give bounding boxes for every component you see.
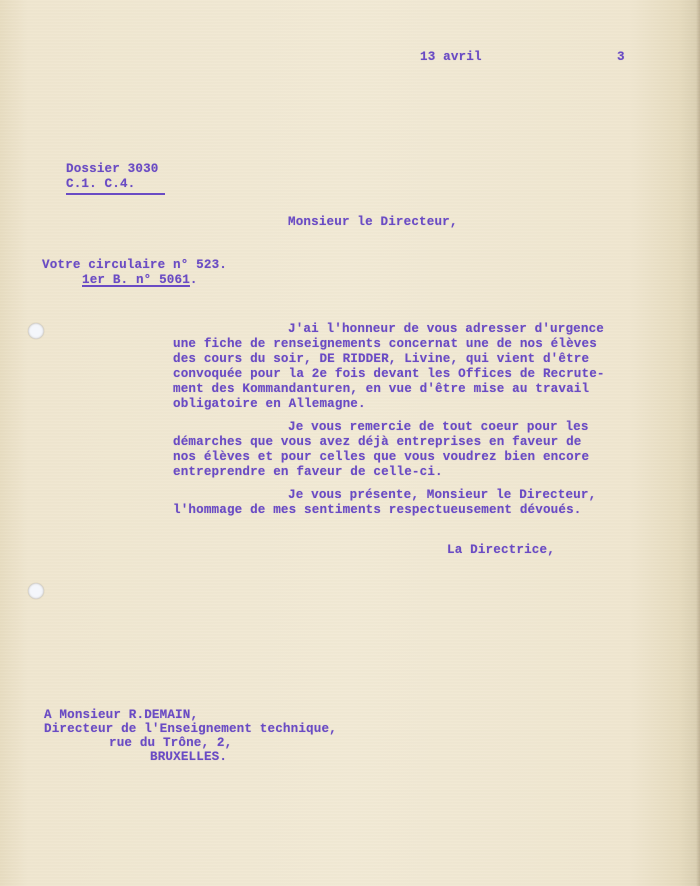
page-number: 3: [617, 50, 625, 65]
punch-hole-top: [28, 323, 44, 339]
recipient-title: Directeur de l'Enseignement technique,: [44, 722, 337, 737]
circular-number: 1er B. n° 5061: [82, 273, 190, 287]
body-line: ment des Kommandanturen, en vue d'être m…: [173, 382, 589, 397]
letter-date: 13 avril: [420, 50, 482, 65]
body-line: des cours du soir, DE RIDDER, Livine, qu…: [173, 352, 589, 367]
body-line: Je vous présente, Monsieur le Directeur,: [288, 488, 596, 503]
body-line: nos élèves et pour celles que vous voudr…: [173, 450, 589, 465]
body-line: une fiche de renseignements concernat un…: [173, 337, 597, 352]
classification-code: C.1. C.4.: [66, 177, 135, 192]
body-line: l'hommage de mes sentiments respectueuse…: [173, 503, 582, 518]
body-line: convoquée pour la 2e fois devant les Off…: [173, 367, 605, 382]
page-edge: [696, 0, 700, 886]
punch-hole-bottom: [28, 583, 44, 599]
salutation: Monsieur le Directeur,: [288, 215, 458, 230]
body-line: obligatoire en Allemagne.: [173, 397, 366, 412]
reference-underline: [66, 193, 165, 195]
body-line: démarches que vous avez déjà entreprises…: [173, 435, 582, 450]
recipient-name: A Monsieur R.DEMAIN,: [44, 708, 198, 723]
body-line: Je vous remercie de tout coeur pour les: [288, 420, 589, 435]
circular-reference: Votre circulaire n° 523.: [42, 258, 227, 273]
body-line: J'ai l'honneur de vous adresser d'urgenc…: [288, 322, 604, 337]
circular-subreference: 1er B. n° 5061.: [82, 273, 198, 288]
signature: La Directrice,: [447, 543, 555, 558]
body-line: entreprendre en faveur de celle-ci.: [173, 465, 443, 480]
recipient-city: BRUXELLES.: [150, 750, 227, 765]
recipient-street: rue du Trône, 2,: [109, 736, 232, 751]
dossier-reference: Dossier 3030: [66, 162, 159, 177]
